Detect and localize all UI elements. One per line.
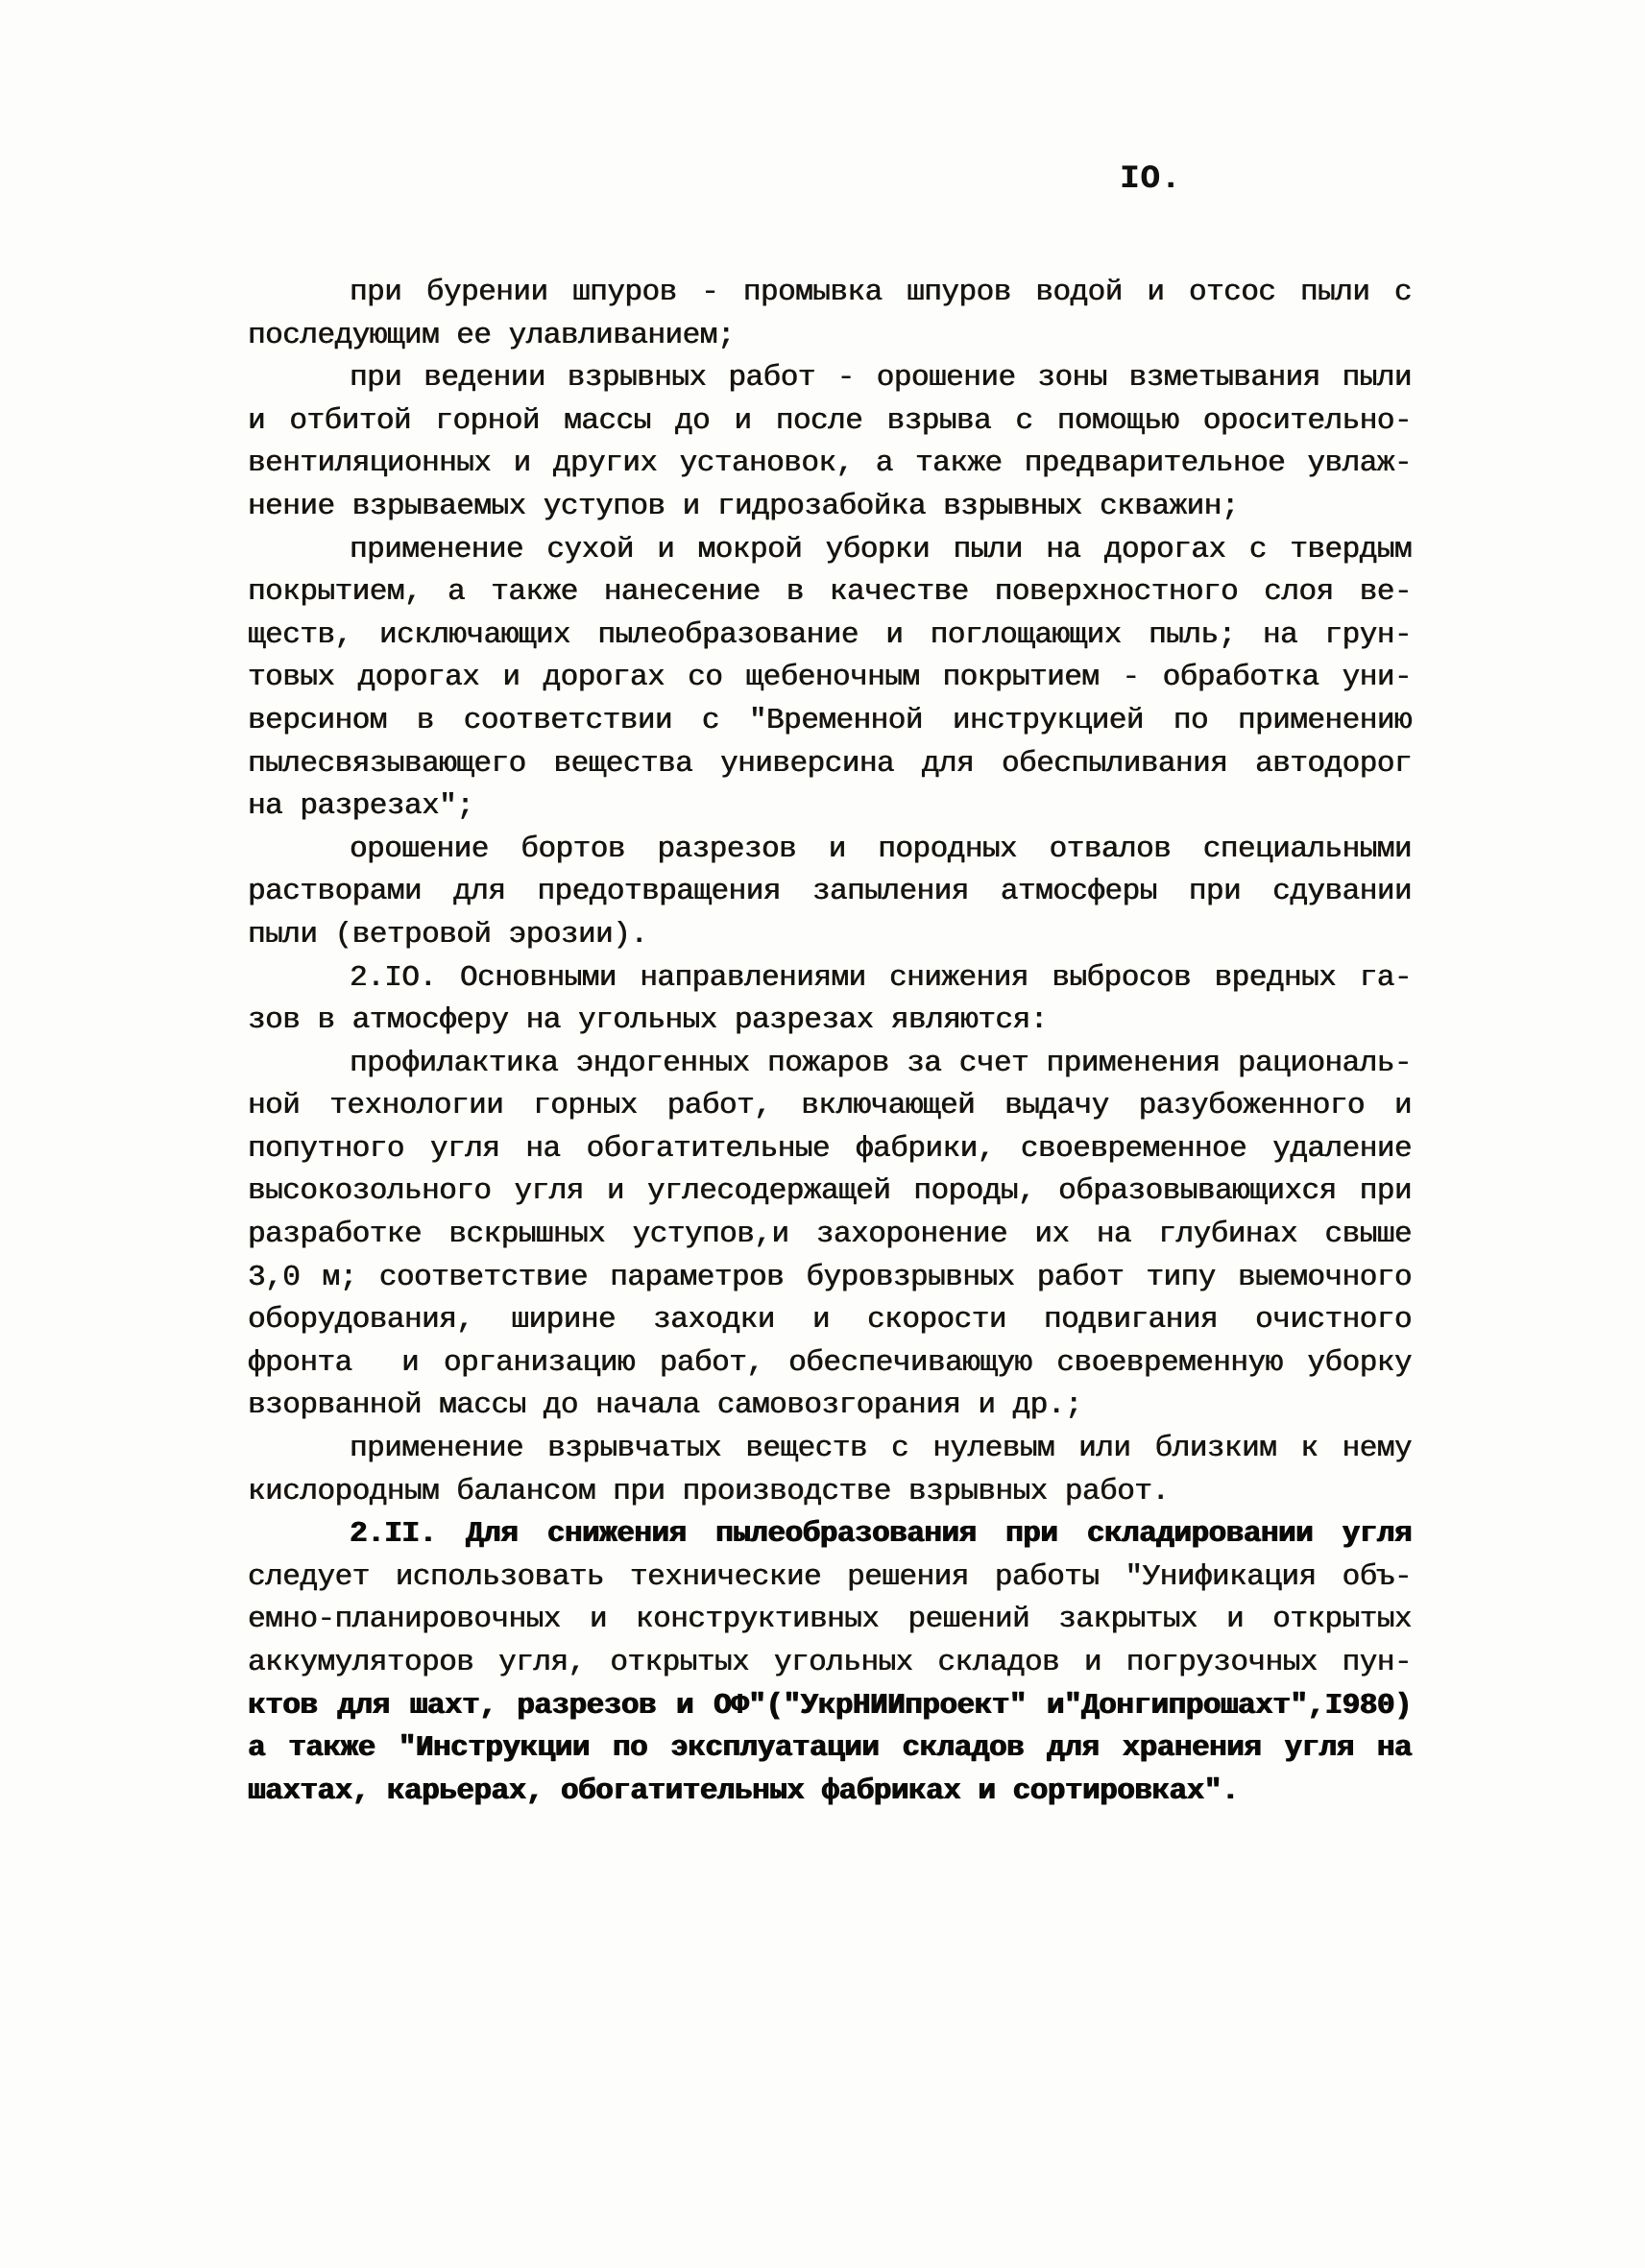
text-line: 3,0 м; соответствие параметров буровзрыв… (248, 1257, 1412, 1300)
text-line: применение сухой и мокрой уборки пыли на… (248, 529, 1412, 572)
text-line: пылесвязывающего вещества универсина для… (248, 743, 1412, 786)
page-number: IO. (1120, 161, 1181, 198)
text-line: взорванной массы до начала самовозгорани… (248, 1385, 1412, 1428)
text-line: растворами для предотвращения запыления … (248, 871, 1412, 914)
text-line: следует использовать технические решения… (248, 1556, 1412, 1600)
text-line: разработке вскрышных уступов,и захоронен… (248, 1214, 1412, 1257)
text-line: фронта и организацию работ, обеспечивающ… (248, 1342, 1412, 1386)
text-line: версином в соответствии с "Временной инс… (248, 700, 1412, 743)
text-line: а также "Инструкции по эксплуатации скла… (248, 1727, 1412, 1771)
text-line: профилактика эндогенных пожаров за счет … (248, 1043, 1412, 1086)
text-line: на разрезах"; (248, 785, 1412, 829)
text-line: покрытием, а также нанесение в качестве … (248, 571, 1412, 615)
text-line: высокозольного угля и углесодержащей пор… (248, 1170, 1412, 1214)
text-line: ществ, исключающих пылеобразование и пог… (248, 615, 1412, 658)
text-line: емно-планировочных и конструктивных реше… (248, 1599, 1412, 1642)
text-line: ной технологии горных работ, включающей … (248, 1085, 1412, 1128)
text-line: оборудования, ширине заходки и скорости … (248, 1299, 1412, 1342)
text-line: 2.IO. Основными направлениями снижения в… (248, 957, 1412, 1001)
text-line: применение взрывчатых веществ с нулевым … (248, 1428, 1412, 1471)
text-line: последующим ее улавливанием; (248, 315, 1412, 358)
text-line: попутного угля на обогатительные фабрики… (248, 1128, 1412, 1171)
text-line: ктов для шахт, разрезов и ОФ"("УкрНИИпро… (248, 1685, 1412, 1728)
text-line: вентиляционных и других установок, а так… (248, 443, 1412, 486)
text-line: аккумуляторов угля, открытых угольных ск… (248, 1642, 1412, 1685)
text-line: нение взрываемых уступов и гидрозабойка … (248, 486, 1412, 529)
text-line: зов в атмосферу на угольных разрезах явл… (248, 1000, 1412, 1043)
text-line: при бурении шпуров - промывка шпуров вод… (248, 272, 1412, 315)
text-line: кислородным балансом при производстве вз… (248, 1471, 1412, 1514)
text-line: и отбитой горной массы до и после взрыва… (248, 400, 1412, 444)
text-line: товых дорогах и дорогах со щебеночным по… (248, 657, 1412, 700)
document-page: IO. при бурении шпуров - промывка шпуров… (0, 0, 1645, 2268)
text-line: 2.II. Для снижения пылеобразования при с… (248, 1513, 1412, 1556)
text-block: при бурении шпуров - промывка шпуров вод… (248, 272, 1412, 1813)
text-line: пыли (ветровой эрозии). (248, 914, 1412, 957)
text-line: орошение бортов разрезов и породных отва… (248, 829, 1412, 872)
text-line: при ведении взрывных работ - орошение зо… (248, 357, 1412, 400)
text-line: шахтах, карьерах, обогатительных фабрика… (248, 1771, 1412, 1814)
